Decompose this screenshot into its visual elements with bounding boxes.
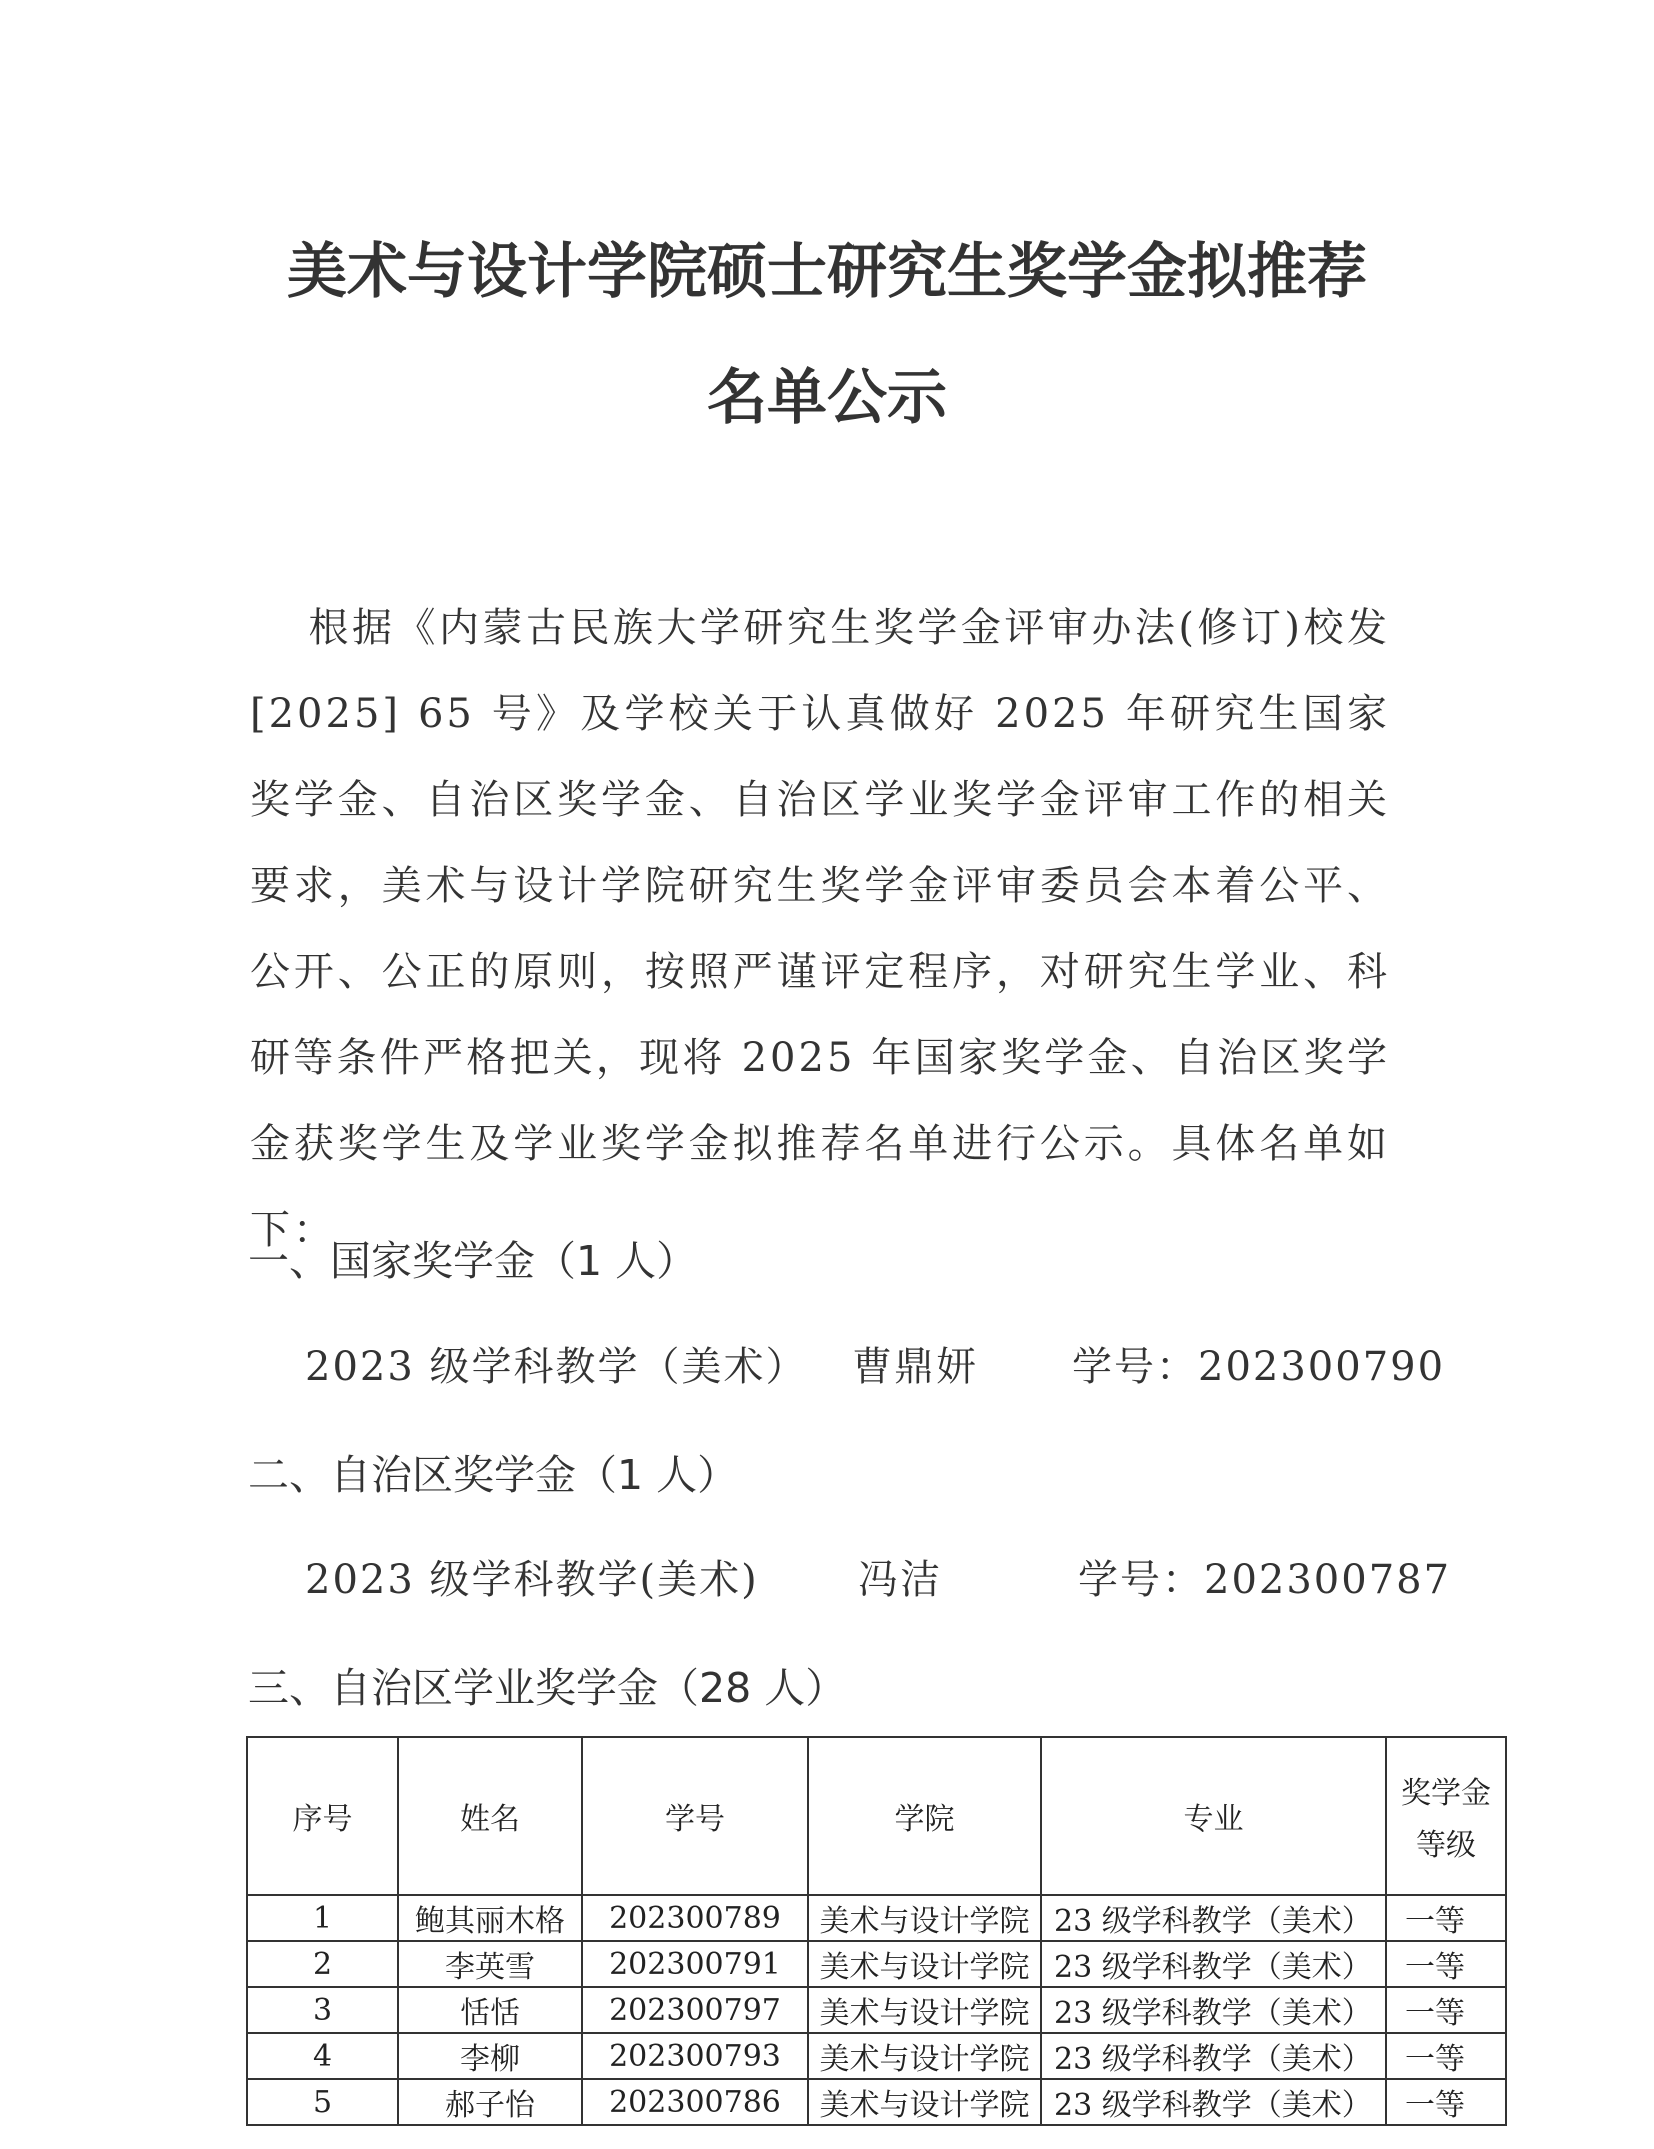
header-major: 专业 xyxy=(1041,1737,1386,1895)
cell-major: 23 级学科教学（美术） xyxy=(1041,2079,1386,2125)
cell-grade: 一等 xyxy=(1386,1987,1506,2033)
header-grade-line1: 奖学金 xyxy=(1387,1768,1505,1812)
cell-student-id: 202300791 xyxy=(582,1941,808,1987)
cell-student-id: 202300793 xyxy=(582,2033,808,2079)
header-index: 序号 xyxy=(247,1737,398,1895)
cell-major: 23 级学科教学（美术） xyxy=(1041,1987,1386,2033)
cell-grade: 一等 xyxy=(1386,2079,1506,2125)
cell-name: 李柳 xyxy=(398,2033,582,2079)
header-college: 学院 xyxy=(808,1737,1041,1895)
header-grade-line2: 等级 xyxy=(1387,1820,1505,1864)
table-row: 5 郝子怡 202300786 美术与设计学院 23 级学科教学（美术） 一等 xyxy=(247,2079,1506,2125)
cell-name: 恬恬 xyxy=(398,1987,582,2033)
cell-student-id: 202300789 xyxy=(582,1895,808,1941)
cell-index: 3 xyxy=(247,1987,398,2033)
table-row: 3 恬恬 202300797 美术与设计学院 23 级学科教学（美术） 一等 xyxy=(247,1987,1506,2033)
section-heading-academic: 三、自治区学业奖学金（28 人） xyxy=(248,1655,846,1714)
cell-index: 4 xyxy=(247,2033,398,2079)
cell-name: 郝子怡 xyxy=(398,2079,582,2125)
autonomous-entry-major: 2023 级学科教学(美术) xyxy=(305,1548,759,1605)
autonomous-entry-name: 冯洁 xyxy=(858,1548,942,1605)
table-header-row: 序号 姓名 学号 学院 专业 奖学金等级 xyxy=(247,1737,1506,1895)
cell-index: 5 xyxy=(247,2079,398,2125)
national-entry-major: 2023 级学科教学（美术） xyxy=(305,1335,808,1392)
autonomous-entry-student-id: 学号：202300787 xyxy=(1078,1548,1451,1605)
cell-name: 李英雪 xyxy=(398,1941,582,1987)
cell-college: 美术与设计学院 xyxy=(808,1941,1041,1987)
cell-major: 23 级学科教学（美术） xyxy=(1041,1941,1386,1987)
intro-paragraph: 根据《内蒙古民族大学研究生奖学金评审办法(修订)校发[2025] 65 号》及学… xyxy=(250,585,1390,1273)
cell-college: 美术与设计学院 xyxy=(808,2079,1041,2125)
header-name: 姓名 xyxy=(398,1737,582,1895)
header-student-id: 学号 xyxy=(582,1737,808,1895)
cell-grade: 一等 xyxy=(1386,2033,1506,2079)
table-row: 2 李英雪 202300791 美术与设计学院 23 级学科教学（美术） 一等 xyxy=(247,1941,1506,1987)
national-entry-student-id: 学号：202300790 xyxy=(1072,1335,1445,1392)
cell-major: 23 级学科教学（美术） xyxy=(1041,1895,1386,1941)
cell-name: 鲍其丽木格 xyxy=(398,1895,582,1941)
cell-college: 美术与设计学院 xyxy=(808,1895,1041,1941)
document-title-line2: 名单公示 xyxy=(0,350,1654,436)
cell-index: 2 xyxy=(247,1941,398,1987)
cell-student-id: 202300786 xyxy=(582,2079,808,2125)
header-grade: 奖学金等级 xyxy=(1386,1737,1506,1895)
section-heading-autonomous: 二、自治区奖学金（1 人） xyxy=(248,1442,738,1501)
national-entry-name: 曹鼎妍 xyxy=(852,1335,978,1392)
section-heading-national: 一、国家奖学金（1 人） xyxy=(248,1228,697,1287)
cell-major: 23 级学科教学（美术） xyxy=(1041,2033,1386,2079)
table-row: 1 鲍其丽木格 202300789 美术与设计学院 23 级学科教学（美术） 一… xyxy=(247,1895,1506,1941)
cell-grade: 一等 xyxy=(1386,1895,1506,1941)
table-row: 4 李柳 202300793 美术与设计学院 23 级学科教学（美术） 一等 xyxy=(247,2033,1506,2079)
cell-college: 美术与设计学院 xyxy=(808,1987,1041,2033)
scholarship-table: 序号 姓名 学号 学院 专业 奖学金等级 1 鲍其丽木格 202300789 美… xyxy=(246,1736,1507,2126)
intro-text: 根据《内蒙古民族大学研究生奖学金评审办法(修订)校发[2025] 65 号》及学… xyxy=(250,605,1390,1253)
document-title: 美术与设计学院硕士研究生奖学金拟推荐 xyxy=(0,224,1654,310)
cell-student-id: 202300797 xyxy=(582,1987,808,2033)
cell-index: 1 xyxy=(247,1895,398,1941)
cell-grade: 一等 xyxy=(1386,1941,1506,1987)
cell-college: 美术与设计学院 xyxy=(808,2033,1041,2079)
